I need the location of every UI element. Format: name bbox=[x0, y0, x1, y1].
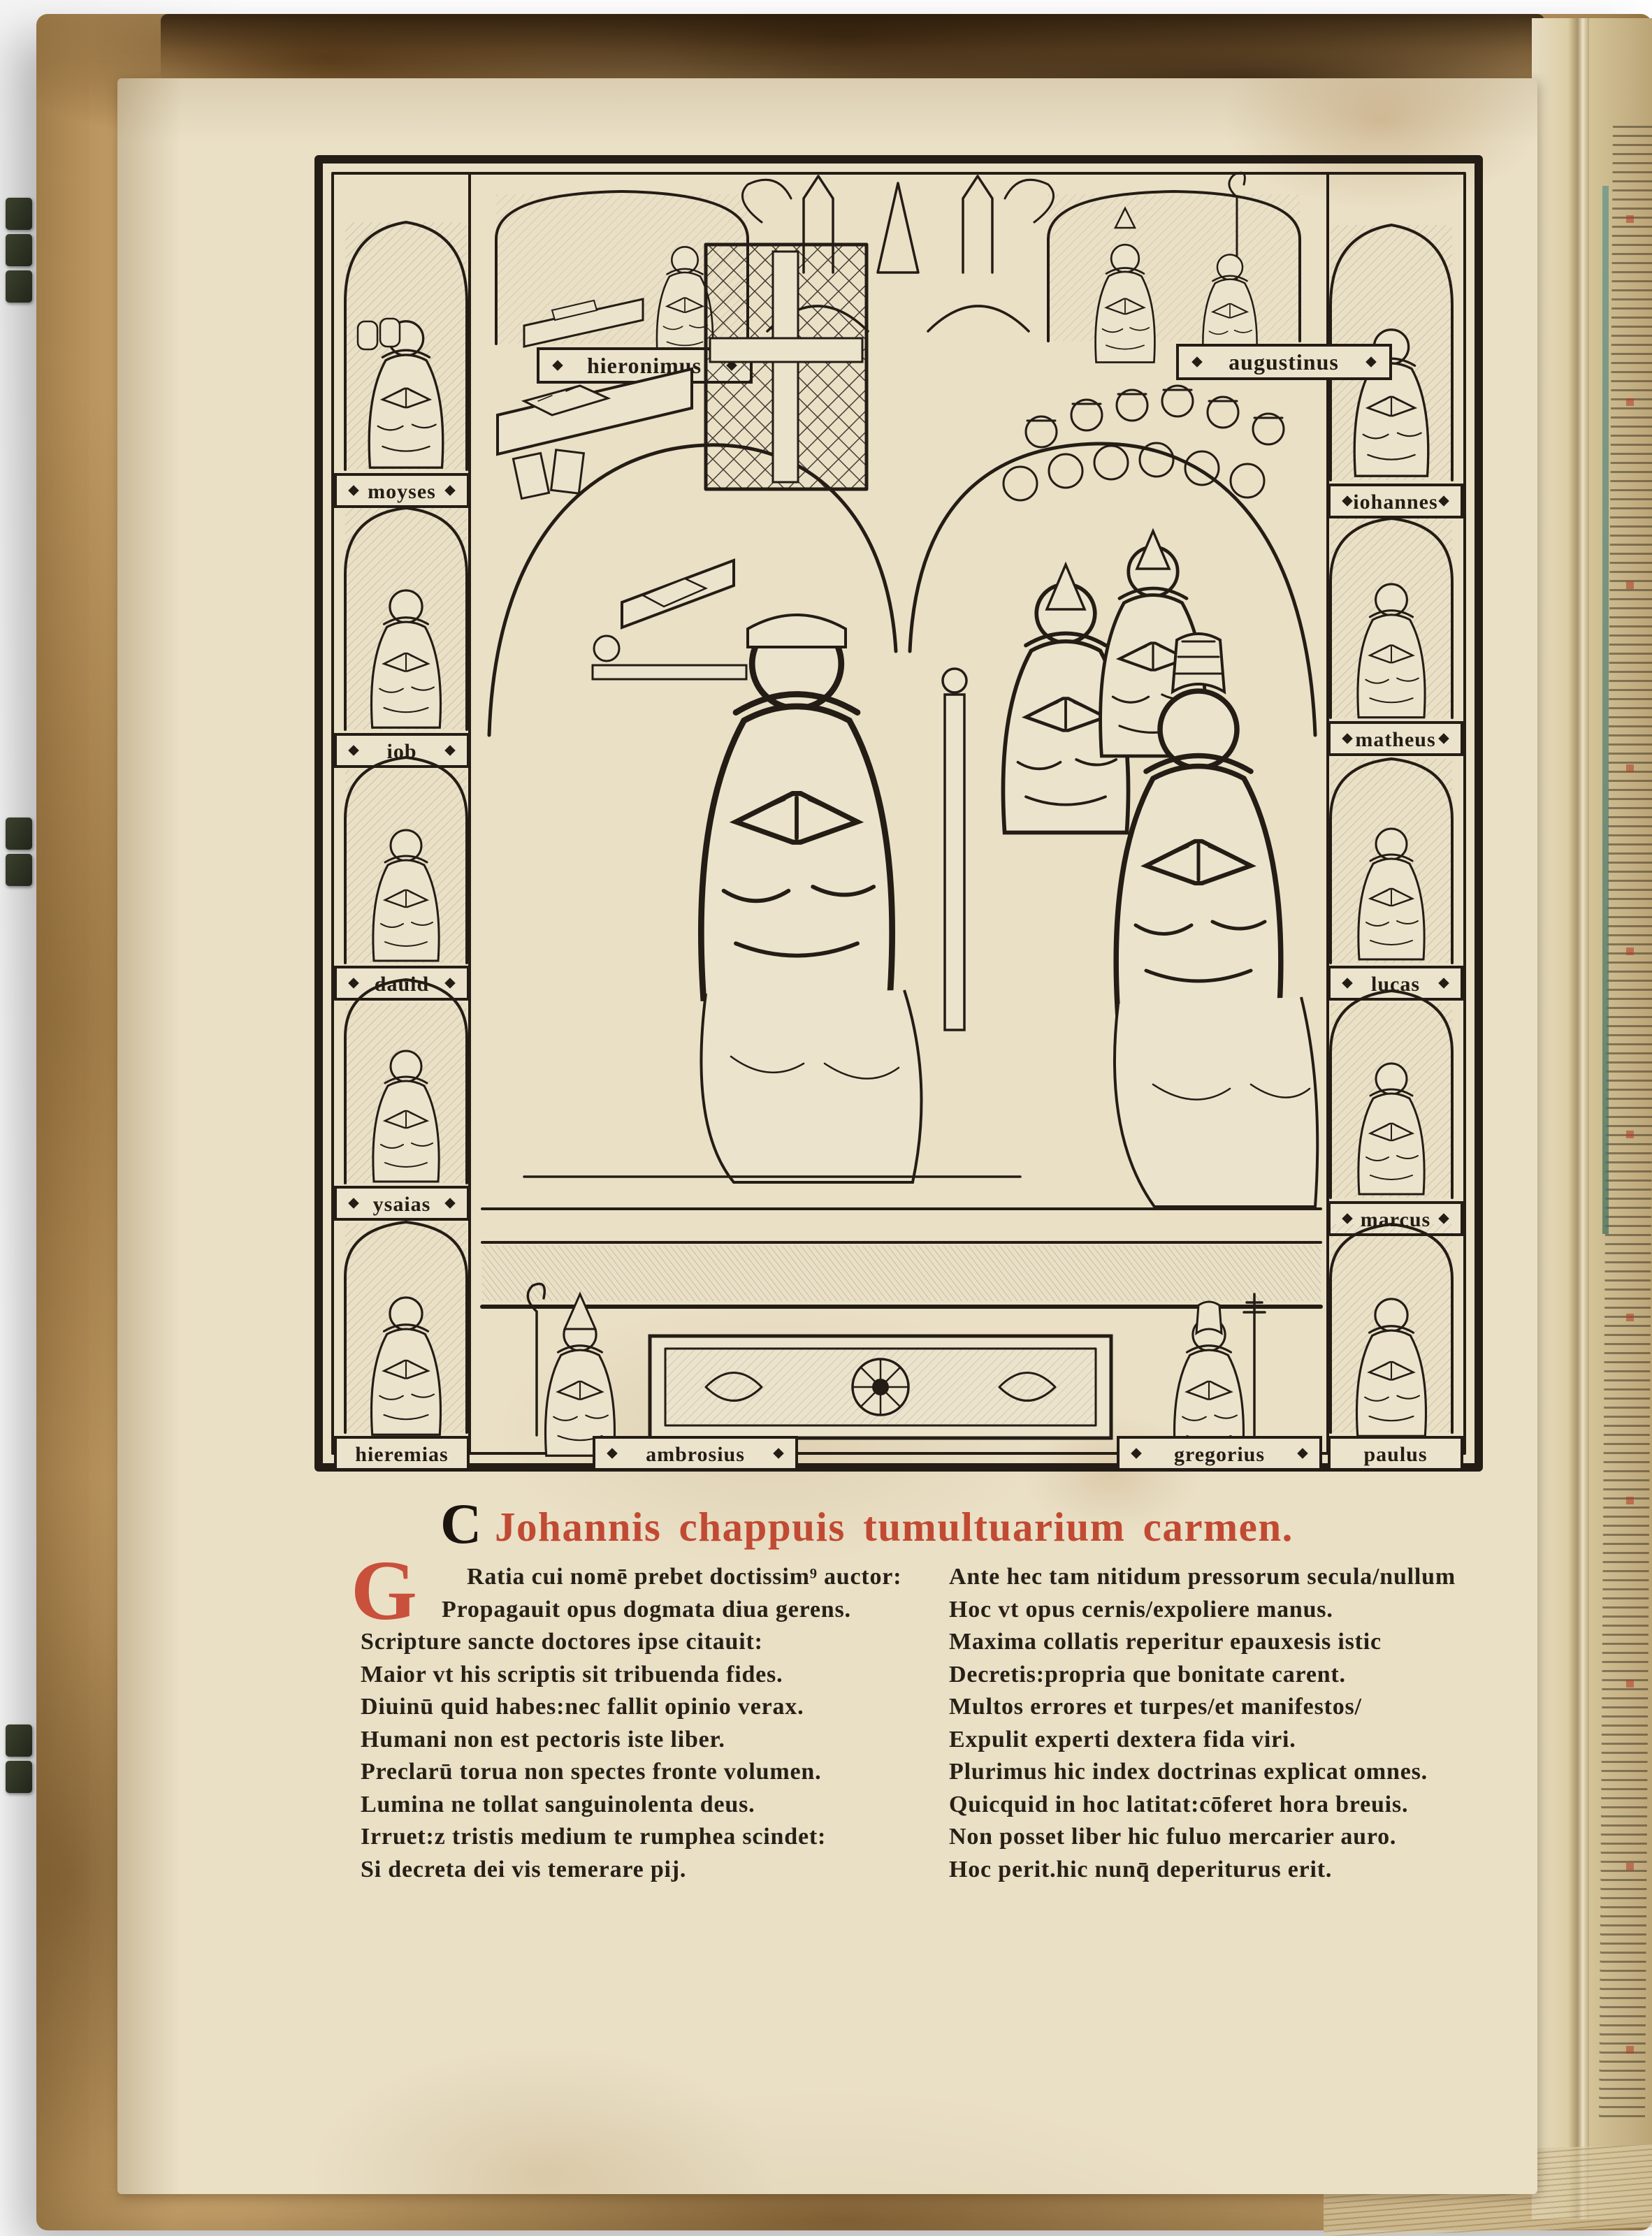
scholar-figure bbox=[701, 615, 966, 1182]
poem-line: Scripture sancte doctores ipse citauit: bbox=[361, 1626, 901, 1659]
label-moyses: moyses bbox=[368, 480, 436, 503]
medallion-marcus bbox=[1331, 991, 1452, 1198]
banner-lucas: lucas bbox=[1329, 967, 1462, 999]
poem-line: Quicquid in hoc latitat:cōferet hora bre… bbox=[949, 1789, 1456, 1822]
woodcut-illustration: moyses iob dauid bbox=[314, 155, 1483, 1472]
index-tab bbox=[6, 270, 32, 303]
banner-matheus: matheus bbox=[1329, 723, 1462, 755]
index-tab bbox=[6, 1761, 32, 1793]
label-gregorius: gregorius bbox=[1174, 1443, 1265, 1466]
book-photo: moyses iob dauid bbox=[0, 0, 1652, 2236]
woodcut-svg: moyses iob dauid bbox=[314, 155, 1483, 1472]
banner-hieremias: hieremias bbox=[335, 1437, 468, 1469]
label-hieremias: hieremias bbox=[355, 1443, 448, 1466]
bookmark-ribbon bbox=[1602, 186, 1609, 1234]
index-tab bbox=[6, 198, 32, 230]
medallion-ysaias bbox=[345, 980, 467, 1183]
poem-line: Preclarū torua non spectes fronte volume… bbox=[361, 1756, 901, 1789]
poem-line: Diuinū quid habes:nec fallit opinio vera… bbox=[361, 1691, 901, 1724]
poem-column-left: Ratia cui nomē prebet doctissim⁹ auctor:… bbox=[361, 1561, 901, 1886]
cleric-crowd bbox=[1003, 386, 1284, 500]
poem-line: Hoc perit.hic nunq̄ deperiturus erit. bbox=[949, 1854, 1456, 1887]
index-tab bbox=[6, 1725, 32, 1757]
poem-line: Maior vt his scriptis sit tribuenda fide… bbox=[361, 1659, 901, 1692]
banner-ambrosius: ambrosius bbox=[594, 1437, 797, 1469]
central-scene bbox=[482, 245, 1321, 1301]
poem-line: Non posset liber hic fuluo mercarier aur… bbox=[949, 1821, 1456, 1854]
banner-gregorius: gregorius bbox=[1118, 1437, 1321, 1469]
poem-line: Hoc vt opus cernis/expoliere manus. bbox=[949, 1594, 1456, 1627]
medallion-lucas bbox=[1331, 759, 1452, 963]
medallion-hieremias bbox=[345, 1222, 467, 1435]
label-paulus: paulus bbox=[1363, 1443, 1427, 1466]
label-ysaias: ysaias bbox=[373, 1193, 431, 1216]
title-row: C Johannis chappuis tumultuarium carmen. bbox=[314, 1502, 1483, 1554]
medallion-iob bbox=[345, 508, 467, 729]
poem-line: Decretis:propria que bonitate carent. bbox=[949, 1659, 1456, 1692]
banner-iob: iob bbox=[335, 734, 468, 767]
label-ambrosius: ambrosius bbox=[646, 1443, 745, 1466]
label-iohannes: iohannes bbox=[1353, 491, 1437, 514]
ambrosius-figure bbox=[528, 1284, 614, 1455]
poem-line: Ante hec tam nitidum pressorum secula/nu… bbox=[949, 1561, 1456, 1594]
poem-line: Irruet:z tristis medium te rumphea scind… bbox=[361, 1821, 901, 1854]
medallion-paulus bbox=[1331, 1224, 1452, 1436]
capitulum-mark: C bbox=[440, 1498, 481, 1550]
poem-line: Expulit experti dextera fida viri. bbox=[949, 1724, 1456, 1757]
medallion-moyses bbox=[345, 222, 467, 470]
gregorius-figure bbox=[1175, 1294, 1265, 1455]
fore-edge-rubrication bbox=[1626, 130, 1634, 2072]
poem-column-right: Ante hec tam nitidum pressorum secula/nu… bbox=[949, 1561, 1456, 1886]
fore-edge-pages bbox=[1532, 18, 1652, 2219]
medallion-dauid bbox=[345, 757, 467, 963]
poem-line: Si decreta dei vis temerare pij. bbox=[361, 1854, 901, 1887]
poem-line: Multos errores et turpes/et manifestos/ bbox=[949, 1691, 1456, 1724]
cover-top-edge bbox=[161, 14, 1544, 81]
poem-line: Maxima collatis reperitur epauxesis isti… bbox=[949, 1626, 1456, 1659]
window-with-cross bbox=[706, 245, 867, 489]
banner-moyses: moyses bbox=[335, 474, 468, 507]
banner-augustinus: augustinus bbox=[1178, 345, 1391, 379]
poem-block: G Ratia cui nomē prebet doctissim⁹ aucto… bbox=[314, 1561, 1483, 1910]
label-matheus: matheus bbox=[1355, 728, 1435, 751]
niche-augustinus bbox=[1048, 173, 1300, 362]
poem-line: Humani non est pectoris iste liber. bbox=[361, 1724, 901, 1757]
medallion-matheus bbox=[1331, 518, 1452, 718]
page-title: Johannis chappuis tumultuarium carmen. bbox=[495, 1504, 1294, 1550]
poem-line: Plurimus hic index doctrinas explicat om… bbox=[949, 1756, 1456, 1789]
index-tab bbox=[6, 234, 32, 266]
label-augustinus: augustinus bbox=[1229, 349, 1339, 375]
poem-line: Propagauit opus dogmata diua gerens. bbox=[361, 1594, 901, 1627]
poem-line: Lumina ne tollat sanguinolenta deus. bbox=[361, 1789, 901, 1822]
index-tab bbox=[6, 854, 32, 886]
banner-iohannes: iohannes bbox=[1329, 485, 1462, 517]
poem-line: Ratia cui nomē prebet doctissim⁹ auctor: bbox=[361, 1561, 901, 1594]
banner-ysaias: ysaias bbox=[335, 1187, 468, 1219]
fore-edge-crease bbox=[1568, 18, 1589, 2219]
index-tab bbox=[6, 818, 32, 850]
banner-paulus: paulus bbox=[1329, 1437, 1462, 1469]
